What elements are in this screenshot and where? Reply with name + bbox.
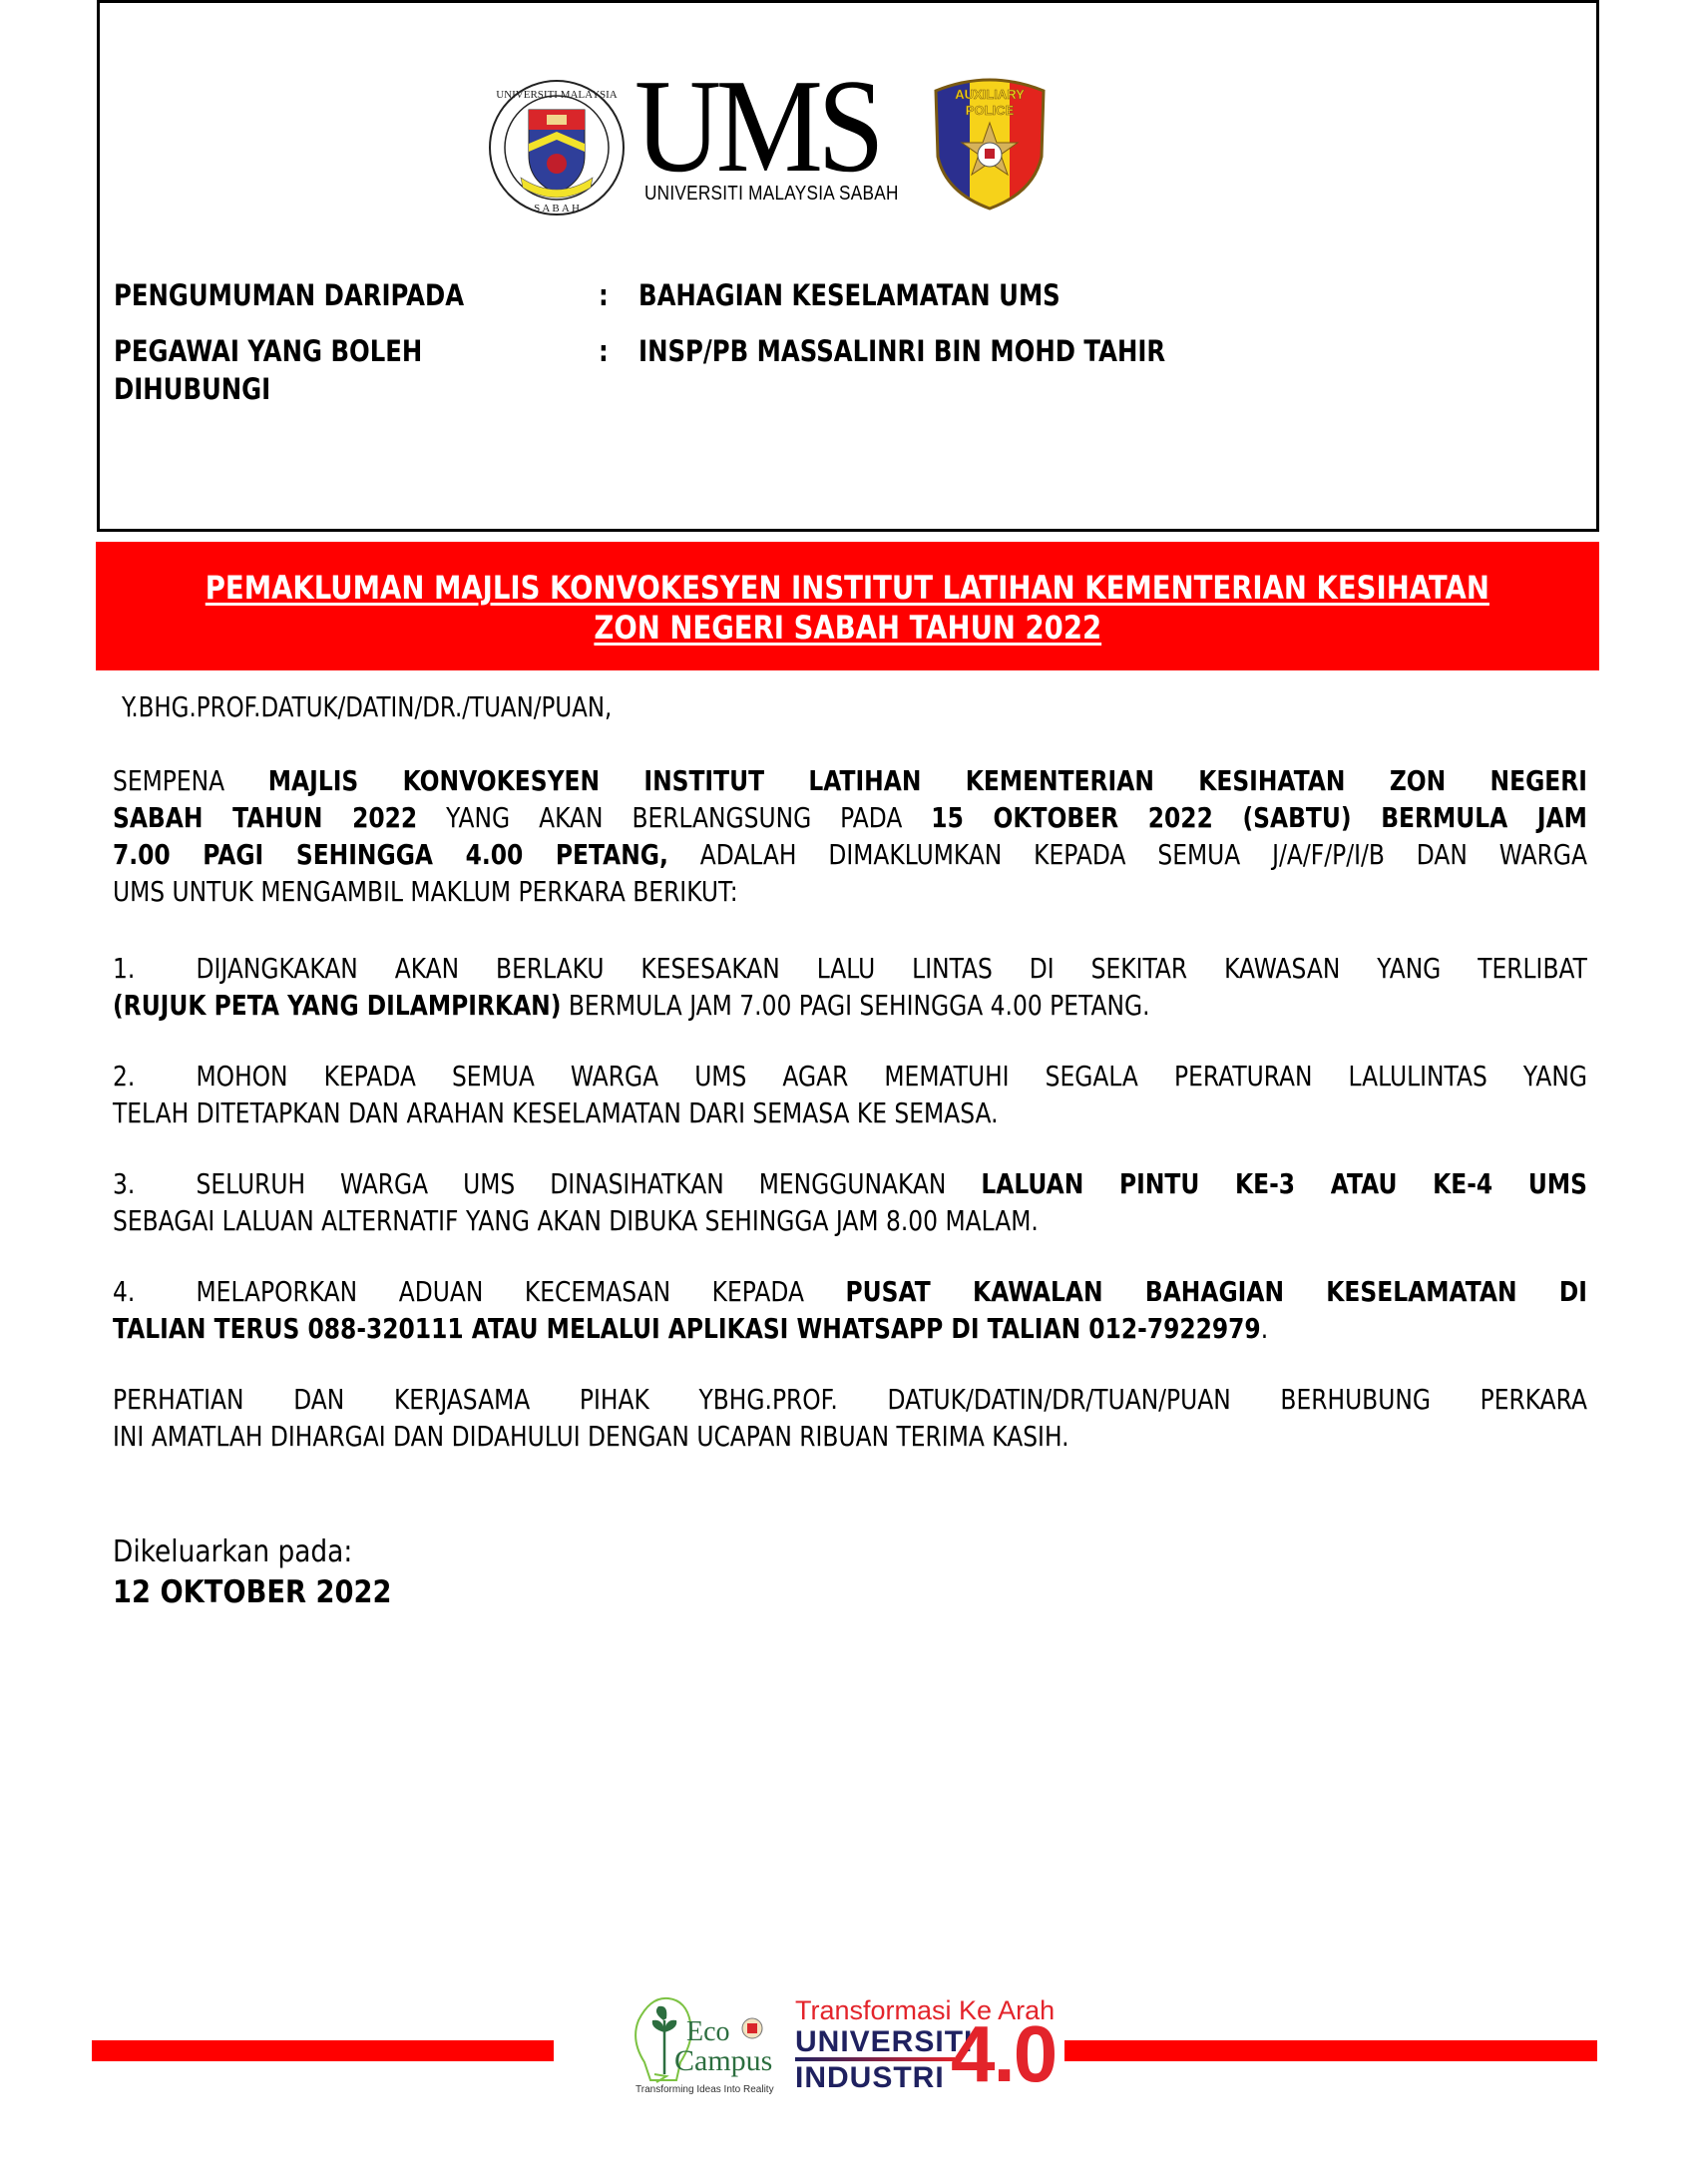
industri-text: INDUSTRI xyxy=(795,2061,945,2095)
list-text: MOHON KEPADA SEMUA WARGA UMS AGAR MEMATU… xyxy=(197,1060,1587,1092)
svg-text:Eco: Eco xyxy=(686,2016,730,2047)
list-number: 3. xyxy=(113,1165,197,1202)
version-4-0-text: 4.0 xyxy=(951,2009,1056,2099)
intro-paragraph: SEMPENA MAJLIS KONVOKESYEN INSTITUT LATI… xyxy=(113,762,1587,910)
meta-value-contact-officer: INSP/PB MASSALINRI BIN MOHD TAHIR xyxy=(638,332,1165,370)
list-text: SEBAGAI LALUAN ALTERNATIF YANG AKAN DIBU… xyxy=(113,1204,1039,1237)
map-reference: (RUJUK PETA YANG DILAMPIRKAN) xyxy=(113,989,561,1022)
svg-text:S A B A H: S A B A H xyxy=(534,203,580,215)
intro-text: YANG AKAN BERLANGSUNG PADA xyxy=(417,801,931,834)
list-number: 1. xyxy=(113,950,197,987)
event-name-cont: SABAH TAHUN 2022 xyxy=(113,801,417,834)
control-center: PUSAT KAWALAN BAHAGIAN KESELAMATAN DI xyxy=(846,1275,1587,1308)
document-title: PEMAKLUMAN MAJLIS KONVOKESYEN INSTITUT L… xyxy=(96,568,1599,648)
list-text: . xyxy=(1261,1312,1268,1345)
closing-paragraph: PERHATIAN DAN KERJASAMA PIHAK YBHG.PROF.… xyxy=(113,1381,1587,1455)
event-date: 15 OKTOBER 2022 (SABTU) BERMULA JAM xyxy=(931,801,1587,834)
intro-text: UMS UNTUK MENGAMBIL MAKLUM PERKARA BERIK… xyxy=(113,875,738,908)
list-number: 4. xyxy=(113,1273,197,1310)
meta-label-announcement-from: PENGUMUMAN DARIPADA xyxy=(114,276,464,314)
ums-crest-icon: UNIVERSITI MALAYSIA S A B A H xyxy=(487,78,627,218)
event-name: MAJLIS KONVOKESYEN INSTITUT LATIHAN KEME… xyxy=(268,764,1587,797)
title-line-1: PEMAKLUMAN MAJLIS KONVOKESYEN INSTITUT L… xyxy=(206,568,1489,608)
list-text: BERMULA JAM 7.00 PAGI SEHINGGA 4.00 PETA… xyxy=(561,989,1149,1022)
list-number: 2. xyxy=(113,1058,197,1094)
list-text: SELURUH WARGA UMS DINASIHATKAN MENGGUNAK… xyxy=(197,1167,982,1200)
event-time: 7.00 PAGI SEHINGGA 4.00 PETANG, xyxy=(113,838,668,871)
meta-colon: : xyxy=(599,332,609,370)
auxiliary-police-badge-icon: AUXILIARY POLICE xyxy=(930,73,1050,213)
svg-text:Campus: Campus xyxy=(674,2044,772,2077)
meta-value-announcement-from: BAHAGIAN KESELAMATAN UMS xyxy=(638,276,1060,314)
svg-text:POLICE: POLICE xyxy=(966,103,1015,118)
title-line-2: ZON NEGERI SABAH TAHUN 2022 xyxy=(594,608,1101,648)
salutation: Y.BHG.PROF.DATUK/DATIN/DR./TUAN/PUAN, xyxy=(122,690,612,723)
list-item-3: 3.SELURUH WARGA UMS DINASIHATKAN MENGGUN… xyxy=(113,1165,1587,1239)
footer-divider-right xyxy=(1064,2040,1597,2061)
closing-text: INI AMATLAH DIHARGAI DAN DIDAHULUI DENGA… xyxy=(113,1420,1069,1453)
title-banner: PEMAKLUMAN MAJLIS KONVOKESYEN INSTITUT L… xyxy=(96,542,1599,670)
svg-text:UNIVERSITI MALAYSIA: UNIVERSITI MALAYSIA xyxy=(496,89,618,101)
closing-text: PERHATIAN DAN KERJASAMA PIHAK YBHG.PROF.… xyxy=(113,1383,1587,1416)
universiti-text: UNIVERSITI xyxy=(795,2025,973,2059)
meta-label-contact-officer: PEGAWAI YANG BOLEH DIHUBUNGI xyxy=(114,332,474,408)
ums-logo-wordmark: UMS xyxy=(635,66,877,186)
issued-label: Dikeluarkan pada: xyxy=(113,1534,352,1569)
intro-text: SEMPENA xyxy=(113,764,268,797)
intro-text: ADALAH DIMAKLUMKAN KEPADA SEMUA J/A/F/P/… xyxy=(668,838,1587,871)
issued-date: 12 OKTOBER 2022 xyxy=(113,1574,391,1610)
meta-colon: : xyxy=(599,276,609,314)
alternative-route: LALUAN PINTU KE-3 ATAU KE-4 UMS xyxy=(981,1167,1587,1200)
list-item-4: 4.MELAPORKAN ADUAN KECEMASAN KEPADA PUSA… xyxy=(113,1273,1587,1347)
svg-text:AUXILIARY: AUXILIARY xyxy=(955,87,1025,102)
list-item-1: 1.DIJANGKAKAN AKAN BERLAKU KESESAKAN LAL… xyxy=(113,950,1587,1024)
ums-logo-subtitle: UNIVERSITI MALAYSIA SABAH xyxy=(644,183,899,206)
list-text: MELAPORKAN ADUAN KECEMASAN KEPADA xyxy=(197,1275,846,1308)
list-text: DIJANGKAKAN AKAN BERLAKU KESESAKAN LALU … xyxy=(197,952,1587,985)
list-item-2: 2.MOHON KEPADA SEMUA WARGA UMS AGAR MEMA… xyxy=(113,1058,1587,1131)
list-text: TELAH DITETAPKAN DAN ARAHAN KESELAMATAN … xyxy=(113,1096,999,1129)
contact-numbers: TALIAN TERUS 088-320111 ATAU MELALUI APL… xyxy=(113,1312,1261,1345)
eco-campus-tagline: Transforming Ideas Into Reality xyxy=(636,2084,774,2095)
footer-divider-left xyxy=(92,2040,554,2061)
